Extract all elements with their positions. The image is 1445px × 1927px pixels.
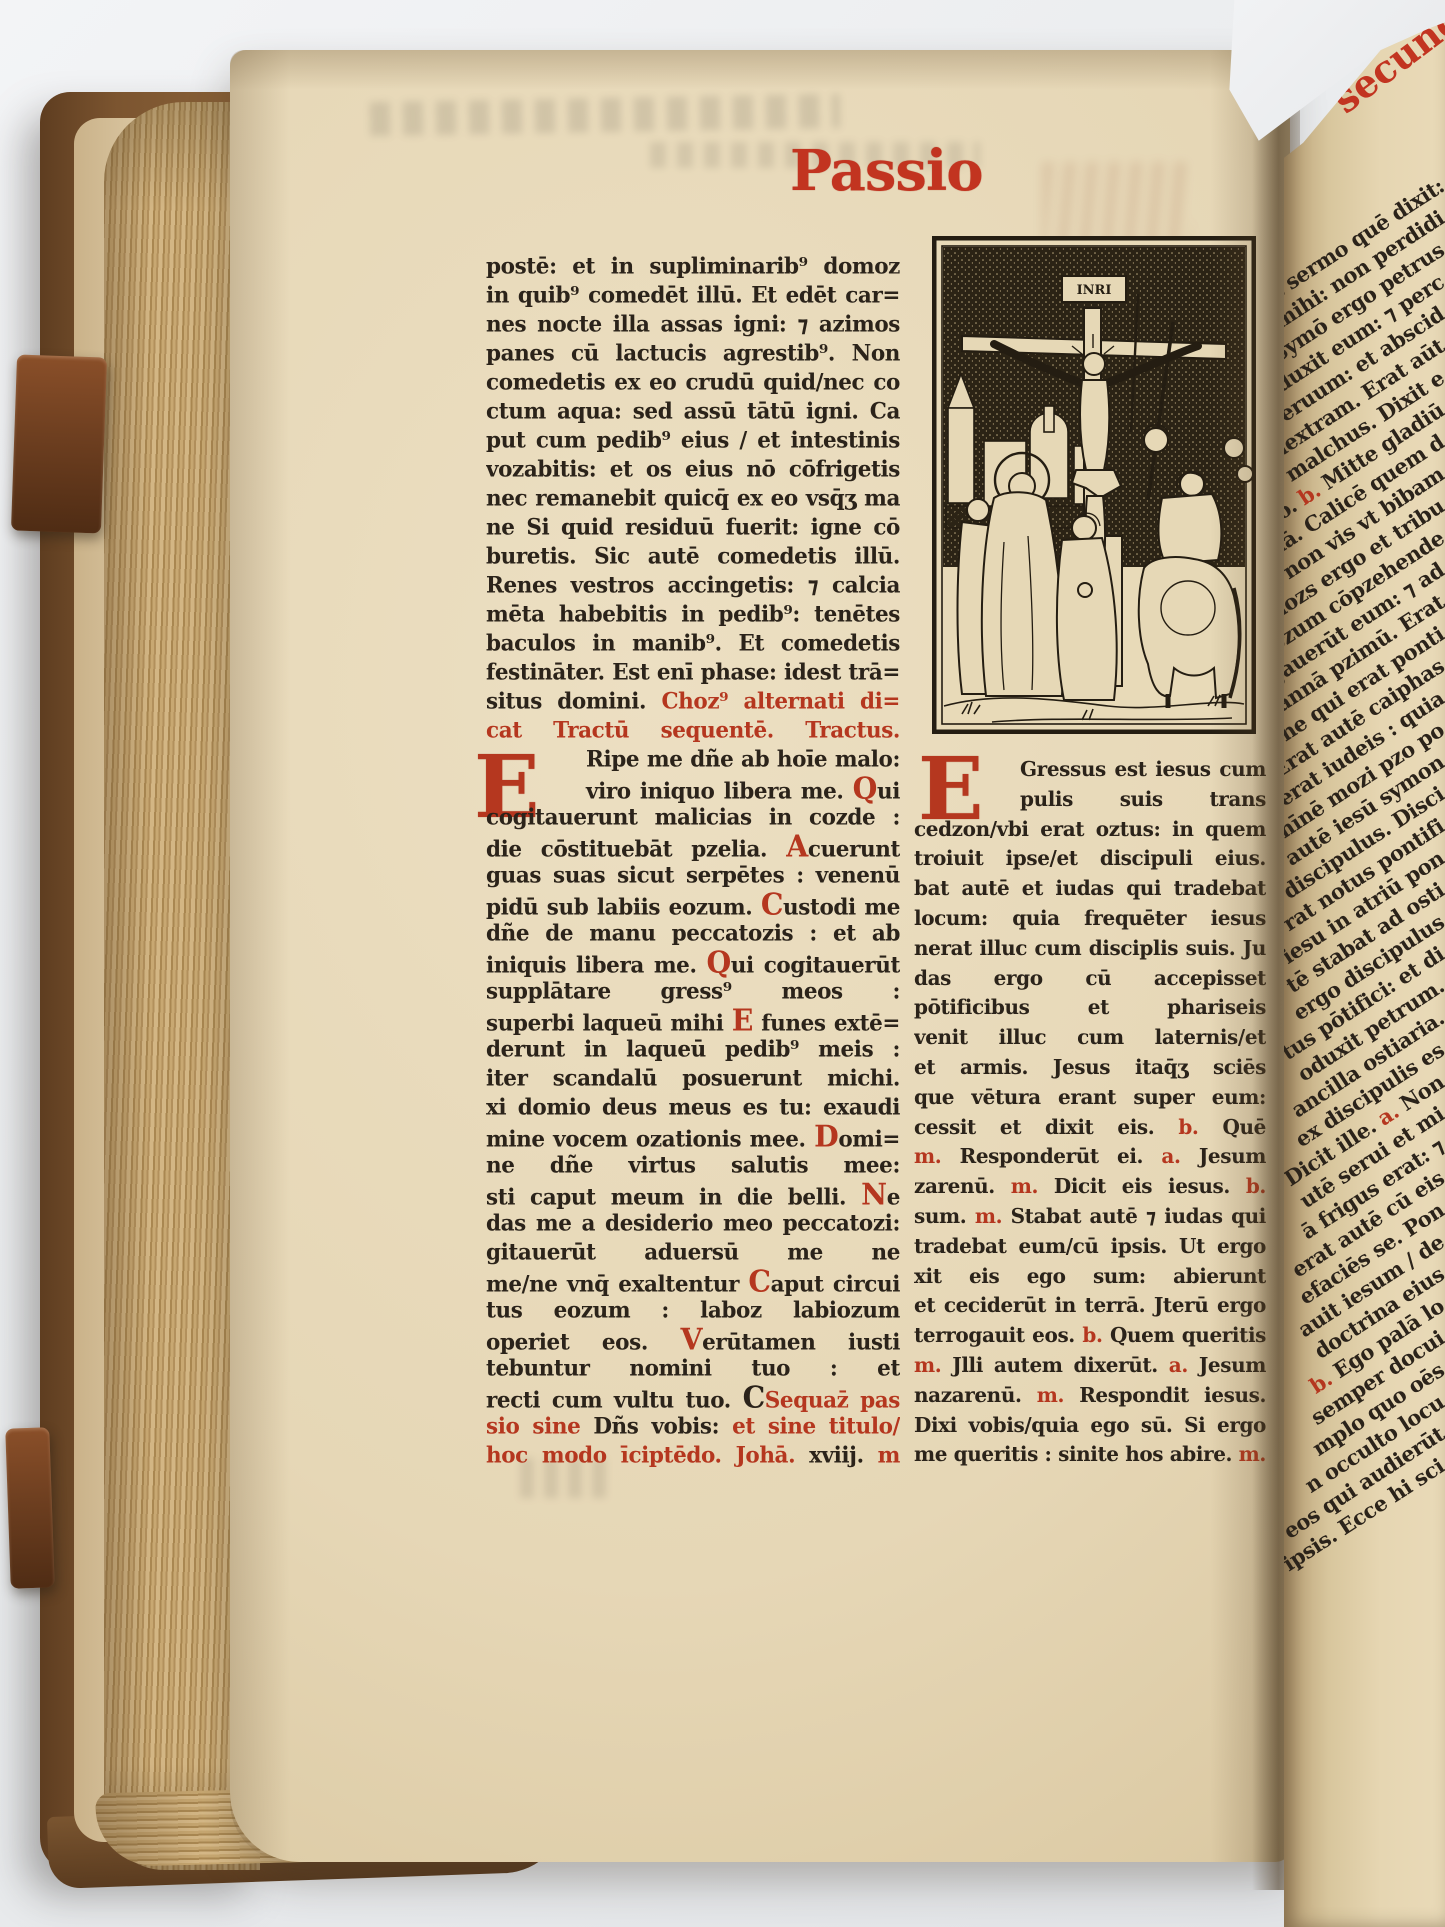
text-line: cessit et dixit eis. b. Quē queritis: <box>914 1112 1266 1143</box>
text-line: in quib⁹ comedēt illū. Et edēt car= <box>486 280 900 310</box>
clasp-remnant-top <box>11 354 107 533</box>
text-line: xi domio deus meus es tu: exaudi do <box>486 1092 900 1122</box>
right-page: secundum Jo rit sermo quē dixit:sti mihi… <box>1284 0 1445 1927</box>
text-line: operiet eos. Verūtamen iusti confi= <box>486 1324 900 1354</box>
text-line: sti caput meum in die belli. Ne tra= <box>486 1179 900 1209</box>
text-line: terrogauit eos. b. Quem queritis <box>914 1321 1266 1352</box>
text-line: panes cū lactucis agrestib⁹. Non <box>486 338 900 368</box>
text-line: bat autē et iudas qui tradebat eū <box>914 874 1266 905</box>
text-line: nazarenū. m. Respondit iesus. b. <box>914 1380 1266 1411</box>
text-line: que vētura erant super eum: pzo= <box>914 1082 1266 1113</box>
text-line: et ceciderūt in terrā. Jterū ergo in <box>914 1291 1266 1322</box>
inri-tablet: INRI <box>1062 276 1126 302</box>
text-line: m. Jlli autem dixerūt. a. Jesum <box>914 1350 1266 1381</box>
text-line: tus eozum : laboz labiozum ipsozum <box>486 1295 900 1325</box>
text-line: me queritis : sinite hos abire. m. <box>914 1440 1266 1471</box>
right-page-text-fragments: rit sermo quē dixit:sti mihi: non perdid… <box>1284 168 1442 1480</box>
text-line: das ergo cū accepisset cohoztē/et a <box>914 963 1266 994</box>
text-line: nes nocte illa assas igni: ⁊ azimos <box>486 309 900 339</box>
text-line: locum: quia frequēter iesus conue <box>914 903 1266 934</box>
text-line: tradebat eum/cū ipsis. Ut ergo di <box>914 1231 1266 1262</box>
text-line: das me a desiderio meo peccatozi: co= <box>486 1208 900 1238</box>
right-text-column: Gressus est iesus cum disci=pulis suis t… <box>914 755 1266 1470</box>
text-line: cedzon/vbi erat oztus: in quem in <box>914 814 1266 845</box>
text-line: supplātare gress⁹ meos : abscōderūt <box>486 976 900 1006</box>
text-line: superbi laqueū mihi E funes extē= <box>486 1005 900 1035</box>
text-line: nerat illuc cum disciplis suis. Ju <box>914 933 1266 964</box>
text-line: postē: et in supliminarib⁹ domoz <box>486 251 900 281</box>
show-through-ghost <box>370 94 841 136</box>
book-photo: Passio E postē: et in supliminarib⁹ domo… <box>0 0 1445 1927</box>
text-line: nec remanebit quicq̄ ex eo vsq̄ʒ ma <box>486 483 900 513</box>
clasp-remnant-bottom <box>5 1427 55 1588</box>
text-line: dñe de manu peccatozis : et ab hoib⁹ <box>486 918 900 948</box>
text-line: sum. m. Stabat autē ⁊ iudas qui <box>914 1201 1266 1232</box>
text-line: pulis suis trans tozrentem <box>914 784 1266 815</box>
text-line: zarenū. m. Dicit eis iesus. b. Ego <box>914 1172 1266 1203</box>
left-page: Passio E postē: et in supliminarib⁹ domo… <box>230 50 1290 1862</box>
text-line: m. Responderūt ei. a. Jesum na= <box>914 1142 1266 1173</box>
text-line: situs domini. Choz⁹ alternati di= <box>486 686 900 716</box>
text-line: hoc modo īciptēdo. Johā. xviij. m <box>486 1440 900 1470</box>
text-line: gitauerūt aduersū me ne dereliquas <box>486 1237 900 1267</box>
text-line: ne Si quid residuū fuerit: igne cō <box>486 512 900 542</box>
left-text-column: postē: et in supliminarib⁹ domozin quib⁹… <box>486 252 900 1470</box>
text-line: Renes vestros accingetis: ⁊ calcia <box>486 570 900 600</box>
text-line: Gressus est iesus cum disci= <box>914 754 1266 785</box>
text-line: die cōstituebāt pzelia. Acuerunt lin <box>486 831 900 861</box>
text-line: buretis. Sic autē comedetis illū. <box>486 541 900 571</box>
text-line: derunt in laqueū pedib⁹ meis : iuxta <box>486 1034 900 1064</box>
svg-text:INRI: INRI <box>1077 283 1112 298</box>
text-line: vozabitis: et os eius nō cōfrigetis <box>486 454 900 484</box>
text-line: viro iniquo libera me. Qui <box>486 773 900 803</box>
text-line: comedetis ex eo crudū quid/nec co <box>486 367 900 397</box>
text-line: recti cum vultu tuo. CSequaz̄ pas <box>486 1382 900 1412</box>
crucifixion-woodcut: INRI <box>932 236 1256 734</box>
text-line: et armis. Jesus itaq̄ʒ sciēs omnia <box>914 1052 1266 1083</box>
text-line: troiuit ipse/et discipuli eius. Scie <box>914 844 1266 875</box>
text-line: tebuntur nomini tuo : et habitabunt <box>486 1353 900 1383</box>
text-line: xit eis ego sum: abierunt retrozsū <box>914 1261 1266 1292</box>
text-line: put cum pedib⁹ eius / et intestinis <box>486 425 900 455</box>
text-line: me/ne vnq̄ exaltentur Caput circui <box>486 1266 900 1296</box>
text-line: mine vocem ozationis mee. Domi= <box>486 1121 900 1151</box>
text-line: baculos in manib⁹. Et comedetis <box>486 628 900 658</box>
text-line: guas suas sicut serpētes : venenū as= <box>486 860 900 890</box>
text-line: cat Tractū sequentē. Tractus. <box>486 715 900 745</box>
text-line: festināter. Est enī phase: idest trā= <box>486 657 900 687</box>
text-line: ctum aqua: sed assū tātū igni. Ca <box>486 396 900 426</box>
text-line: mēta habebitis in pedib⁹: tenētes <box>486 599 900 629</box>
page-top-shading <box>230 50 1290 90</box>
text-line: Dixi vobis/quia ego sū. Si ergo <box>914 1410 1266 1441</box>
text-line: ne dñe virtus salutis mee: obumbza= <box>486 1150 900 1180</box>
text-line: cogitauerunt malicias in cozde : tota <box>486 802 900 832</box>
text-line: venit illuc cum laternis/et facib⁹/ <box>914 1023 1266 1054</box>
text-line: iter scandalū posuerunt michi. Di= <box>486 1063 900 1093</box>
running-title: Passio <box>790 138 1030 204</box>
text-line: pōtificibus et phariseis ministros <box>914 993 1266 1024</box>
text-line: Ripe me dñe ab hoīe malo: a <box>486 744 900 774</box>
text-line: sio sine Dñs vobis: et sine titulo/ <box>486 1411 900 1441</box>
text-line: pidū sub labiis eozum. Custodi me <box>486 889 900 919</box>
text-line: iniquis libera me. Qui cogitauerūt <box>486 947 900 977</box>
